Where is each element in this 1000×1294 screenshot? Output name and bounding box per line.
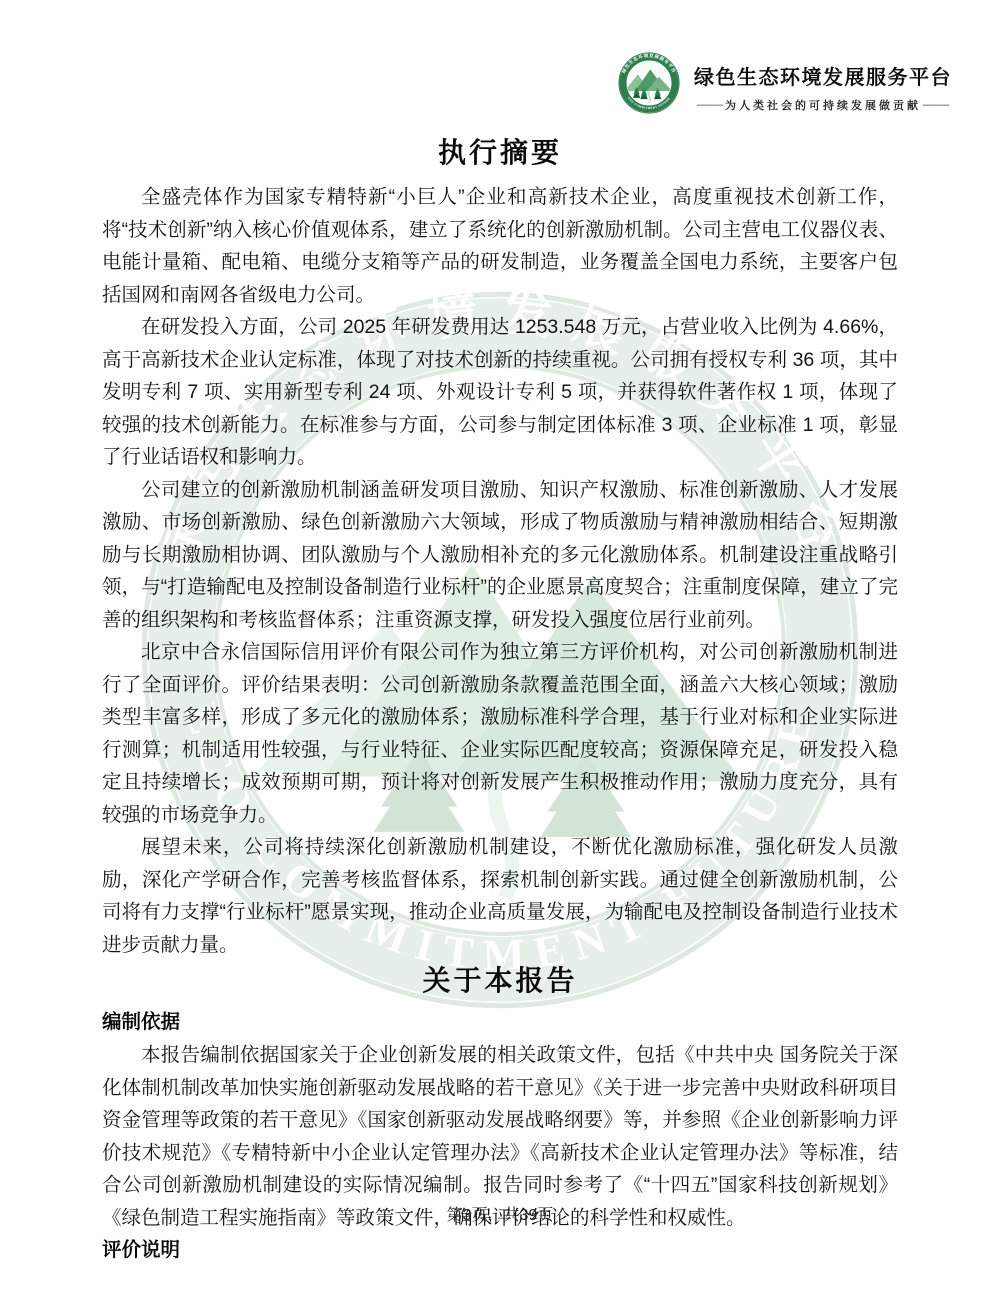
document-page: 绿色生态环境发展服务平台 ECO COMMITMENT FUTURE (0, 0, 1000, 1294)
subsection-heading-evaluation-notes: 评价说明 (102, 1234, 898, 1267)
brand-name: 绿色生态环境发展服务平台 (694, 61, 952, 90)
letterhead: 绿色生态环境发展服务平台 ECO COMMITMENT FUTURE 绿色生态环… (618, 52, 952, 114)
summary-paragraph-2: 在研发投入方面，公司 2025 年研发费用达 1253.548 万元，占营业收入… (102, 311, 898, 474)
summary-paragraph-3: 公司建立的创新激励机制涵盖研发项目激励、知识产权激励、标准创新激励、人才发展激励… (102, 474, 898, 637)
eco-emblem-logo-icon: 绿色生态环境发展服务平台 ECO COMMITMENT FUTURE (618, 52, 680, 114)
about-report-title: 关于本报告 (102, 964, 898, 998)
brand-text-block: 绿色生态环境发展服务平台 —— 为人类社会的可持续发展做贡献 —— (694, 52, 952, 113)
report-body: 执行摘要 全盛壳体作为国家专精特新“小巨人”企业和高新技术企业，高度重视技术创新… (102, 136, 898, 1267)
tagline-left-dash: —— (697, 99, 723, 111)
summary-paragraph-4: 北京中合永信国际信用评价有限公司作为独立第三方评价机构，对公司创新激励机制进行了… (102, 636, 898, 831)
summary-paragraph-1: 全盛壳体作为国家专精特新“小巨人”企业和高新技术企业，高度重视技术创新工作，将“… (102, 181, 898, 311)
tagline-right-dash: —— (923, 99, 949, 111)
brand-tagline: —— 为人类社会的可持续发展做贡献 —— (694, 97, 952, 113)
subsection-heading-basis: 编制依据 (102, 1006, 898, 1039)
page-number-footer: 第3页，共39页 (0, 1202, 1000, 1225)
brand-tagline-text: 为人类社会的可持续发展做贡献 (725, 97, 921, 113)
summary-paragraph-5: 展望未来，公司将持续深化创新激励机制建设，不断优化激励标准，强化研发人员激励，深… (102, 831, 898, 961)
executive-summary-title: 执行摘要 (102, 136, 898, 170)
